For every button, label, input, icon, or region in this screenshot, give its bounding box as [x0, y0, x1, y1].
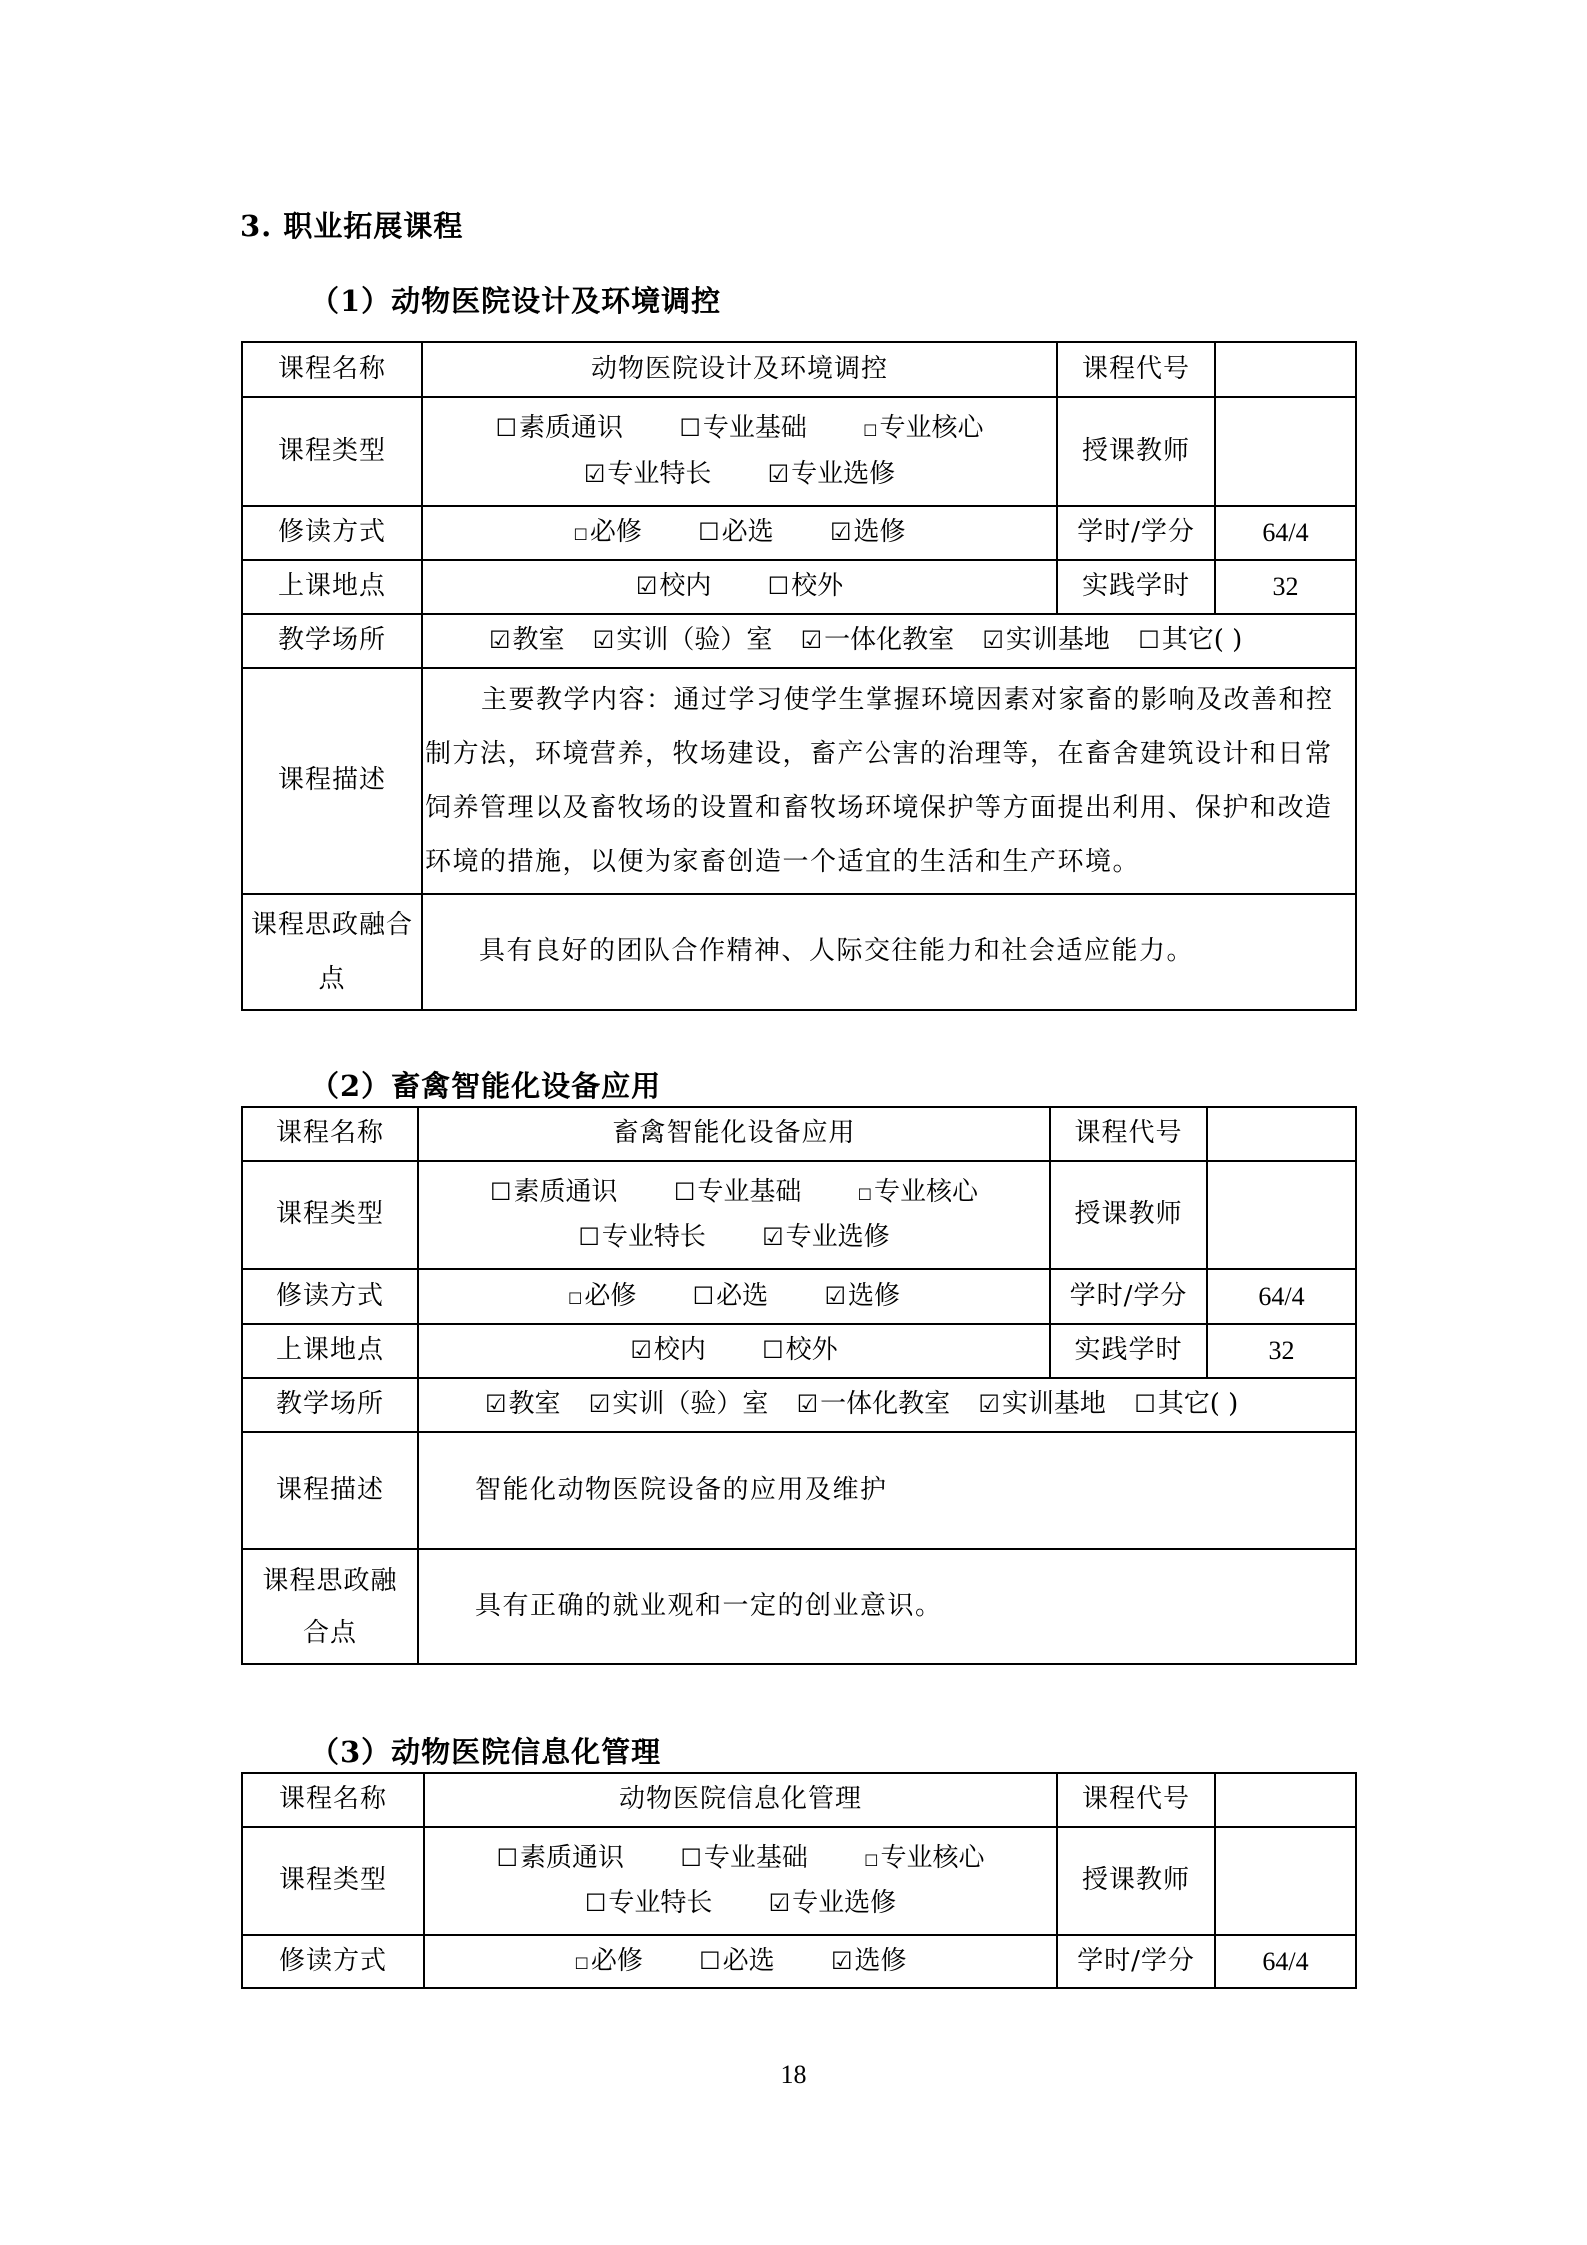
checkbox-option[interactable]: ☑实训（验）室 — [589, 1389, 769, 1420]
description-value: 主要教学内容：通过学习使学生掌握环境因素对家畜的影响及改善和控制方法，环境营养，… — [422, 668, 1356, 894]
checkbox-option[interactable]: ☑专业选修 — [769, 1888, 897, 1919]
study-mode-options: ☐必修 ☐必选 ☑选修 — [424, 1935, 1057, 1988]
checkbox-option[interactable]: ☑一体化教室 — [797, 1389, 951, 1420]
hours-credits-value: 64/4 — [1215, 1935, 1356, 1988]
page-number: 18 — [0, 2060, 1587, 2090]
checkbox-option[interactable]: ☑专业特长 — [584, 459, 712, 490]
label-ideology: 课程思政融合点 — [242, 894, 422, 1010]
location-options: ☑校内 ☐校外 — [422, 560, 1057, 614]
label-hours-credits: 学时/学分 — [1057, 506, 1215, 560]
checkbox-icon: ☑ — [589, 1390, 611, 1419]
label-course-type: 课程类型 — [242, 1827, 424, 1935]
checkbox-option[interactable]: ☐专业基础 — [674, 1177, 802, 1208]
label-practice-hours: 实践学时 — [1050, 1324, 1207, 1378]
venue-options: ☑教室 ☑实训（验）室 ☑一体化教室 ☑实训基地 ☐其它( ) — [418, 1378, 1356, 1432]
checkbox-icon: ☑ — [485, 1390, 507, 1419]
checkbox-icon: ☐ — [864, 1851, 878, 1870]
practice-hours-value: 32 — [1207, 1324, 1356, 1378]
course-type-options: ☐素质通识 ☐专业基础 ☐专业核心 ☐专业特长 ☑专业选修 — [418, 1161, 1050, 1269]
checkbox-option[interactable]: ☐专业特长 — [578, 1222, 706, 1253]
checkbox-option[interactable]: ☑专业选修 — [768, 459, 896, 490]
course-code-value — [1215, 342, 1356, 397]
venue-options: ☑教室 ☑实训（验）室 ☑一体化教室 ☑实训基地 ☐其它( ) — [422, 614, 1356, 668]
course-name-value: 畜禽智能化设备应用 — [418, 1107, 1050, 1161]
teacher-value — [1215, 1827, 1356, 1935]
checkbox-icon: ☐ — [858, 1185, 872, 1204]
checkbox-icon: ☑ — [830, 518, 852, 547]
checkbox-option[interactable]: ☐专业核心 — [858, 1177, 978, 1208]
label-study-mode: 修读方式 — [242, 1269, 418, 1324]
checkbox-option[interactable]: ☐必修 — [574, 517, 642, 548]
label-course-code: 课程代号 — [1050, 1107, 1207, 1161]
label-venue: 教学场所 — [242, 1378, 418, 1432]
checkbox-icon: ☑ — [831, 1947, 853, 1976]
checkbox-icon: ☑ — [593, 626, 615, 655]
checkbox-option[interactable]: ☑选修 — [824, 1281, 900, 1312]
checkbox-icon: ☑ — [801, 626, 823, 655]
checkbox-icon: ☑ — [769, 1889, 791, 1918]
course-heading: （3）动物医院信息化管理 — [310, 1730, 661, 1771]
label-location: 上课地点 — [242, 560, 422, 614]
teacher-value — [1215, 397, 1356, 506]
course-table: 课程名称 畜禽智能化设备应用 课程代号 课程类型 ☐素质通识 ☐专业基础 ☐专业… — [241, 1106, 1357, 1665]
label-study-mode: 修读方式 — [242, 506, 422, 560]
label-course-name: 课程名称 — [242, 1107, 418, 1161]
label-course-type: 课程类型 — [242, 397, 422, 506]
label-hours-credits: 学时/学分 — [1050, 1269, 1207, 1324]
checkbox-option[interactable]: ☐素质通识 — [496, 413, 624, 444]
checkbox-icon: ☑ — [636, 572, 658, 601]
hours-credits-value: 64/4 — [1207, 1269, 1356, 1324]
checkbox-option[interactable]: ☑实训基地 — [978, 1389, 1106, 1420]
course-code-value — [1215, 1773, 1356, 1827]
label-venue: 教学场所 — [242, 614, 422, 668]
study-mode-options: ☐必修 ☐必选 ☑选修 — [418, 1269, 1050, 1324]
study-mode-options: ☐必修 ☐必选 ☑选修 — [422, 506, 1057, 560]
checkbox-icon: ☐ — [699, 1947, 721, 1976]
ideology-value: 具有良好的团队合作精神、人际交往能力和社会适应能力。 — [422, 894, 1356, 1010]
checkbox-icon: ☐ — [1138, 626, 1160, 655]
checkbox-option[interactable]: ☑实训基地 — [982, 625, 1110, 656]
checkbox-option[interactable]: ☐必选 — [699, 1946, 775, 1977]
label-ideology: 课程思政融合点 — [242, 1549, 418, 1664]
checkbox-option[interactable]: ☐专业基础 — [679, 413, 807, 444]
checkbox-icon: ☐ — [680, 1844, 702, 1873]
checkbox-icon: ☑ — [762, 1223, 784, 1252]
checkbox-option[interactable]: ☐其它( ) — [1134, 1389, 1238, 1420]
checkbox-icon: ☐ — [762, 1336, 784, 1365]
checkbox-option[interactable]: ☐专业核心 — [864, 1843, 984, 1874]
label-course-type: 课程类型 — [242, 1161, 418, 1269]
course-name-value: 动物医院信息化管理 — [424, 1773, 1057, 1827]
course-table: 课程名称 动物医院信息化管理 课程代号 课程类型 ☐素质通识 ☐专业基础 ☐专业… — [241, 1772, 1357, 1989]
label-teacher: 授课教师 — [1057, 1827, 1215, 1935]
hours-credits-value: 64/4 — [1215, 506, 1356, 560]
label-course-name: 课程名称 — [242, 342, 422, 397]
teacher-value — [1207, 1161, 1356, 1269]
checkbox-icon: ☐ — [698, 518, 720, 547]
checkbox-icon: ☐ — [578, 1223, 600, 1252]
checkbox-option[interactable]: ☑校内 — [630, 1335, 706, 1366]
checkbox-option[interactable]: ☐其它( ) — [1138, 625, 1242, 656]
label-description: 课程描述 — [242, 668, 422, 894]
label-study-mode: 修读方式 — [242, 1935, 424, 1988]
label-practice-hours: 实践学时 — [1057, 560, 1215, 614]
checkbox-icon: ☐ — [490, 1178, 512, 1207]
checkbox-icon: ☑ — [489, 626, 511, 655]
checkbox-option[interactable]: ☑选修 — [830, 517, 906, 548]
course-code-value — [1207, 1107, 1356, 1161]
checkbox-option[interactable]: ☐校外 — [762, 1335, 838, 1366]
label-description: 课程描述 — [242, 1432, 418, 1549]
checkbox-option[interactable]: ☐必选 — [693, 1281, 769, 1312]
checkbox-icon: ☑ — [584, 460, 606, 489]
checkbox-icon: ☐ — [674, 1178, 696, 1207]
checkbox-icon: ☐ — [575, 1954, 589, 1973]
ideology-value: 具有正确的就业观和一定的创业意识。 — [418, 1549, 1356, 1664]
checkbox-icon: ☐ — [568, 1289, 582, 1308]
checkbox-option[interactable]: ☑选修 — [831, 1946, 907, 1977]
label-course-name: 课程名称 — [242, 1773, 424, 1827]
description-value: 智能化动物医院设备的应用及维护 — [418, 1432, 1356, 1549]
location-options: ☑校内 ☐校外 — [418, 1324, 1050, 1378]
course-name-value: 动物医院设计及环境调控 — [422, 342, 1057, 397]
checkbox-icon: ☐ — [496, 414, 518, 443]
checkbox-icon: ☐ — [1134, 1390, 1156, 1419]
checkbox-icon: ☐ — [768, 572, 790, 601]
checkbox-icon: ☑ — [768, 460, 790, 489]
checkbox-option[interactable]: ☑一体化教室 — [801, 625, 955, 656]
checkbox-option[interactable]: ☐必修 — [568, 1281, 636, 1312]
checkbox-icon: ☐ — [679, 414, 701, 443]
checkbox-option[interactable]: ☑教室 — [489, 625, 565, 656]
checkbox-option[interactable]: ☑教室 — [485, 1389, 561, 1420]
checkbox-option[interactable]: ☑校内 — [636, 571, 712, 602]
checkbox-icon: ☑ — [797, 1390, 819, 1419]
checkbox-option[interactable]: ☐必选 — [698, 517, 774, 548]
label-course-code: 课程代号 — [1057, 1773, 1215, 1827]
course-type-options: ☐素质通识 ☐专业基础 ☐专业核心 ☑专业特长 ☑专业选修 — [422, 397, 1057, 506]
label-teacher: 授课教师 — [1050, 1161, 1207, 1269]
label-course-code: 课程代号 — [1057, 342, 1215, 397]
practice-hours-value: 32 — [1215, 560, 1356, 614]
checkbox-icon: ☐ — [693, 1282, 715, 1311]
checkbox-option[interactable]: ☐素质通识 — [490, 1177, 618, 1208]
checkbox-option[interactable]: ☑专业选修 — [762, 1222, 890, 1253]
checkbox-icon: ☐ — [574, 525, 588, 544]
course-table: 课程名称 动物医院设计及环境调控 课程代号 课程类型 ☐素质通识 ☐专业基础 ☐… — [241, 341, 1357, 1011]
course-heading: （2）畜禽智能化设备应用 — [310, 1064, 661, 1105]
checkbox-option[interactable]: ☐专业基础 — [680, 1843, 808, 1874]
checkbox-option[interactable]: ☑实训（验）室 — [593, 625, 773, 656]
checkbox-option[interactable]: ☐素质通识 — [497, 1843, 625, 1874]
checkbox-option[interactable]: ☐专业特长 — [585, 1888, 713, 1919]
course-type-options: ☐素质通识 ☐专业基础 ☐专业核心 ☐专业特长 ☑专业选修 — [424, 1827, 1057, 1935]
checkbox-icon: ☐ — [585, 1889, 607, 1918]
course-heading: （1）动物医院设计及环境调控 — [310, 279, 721, 320]
section-title: 3. 职业拓展课程 — [240, 204, 463, 245]
label-hours-credits: 学时/学分 — [1057, 1935, 1215, 1988]
checkbox-icon: ☐ — [497, 1844, 519, 1873]
label-location: 上课地点 — [242, 1324, 418, 1378]
checkbox-option[interactable]: ☐专业核心 — [863, 413, 983, 444]
checkbox-icon: ☑ — [630, 1336, 652, 1365]
label-teacher: 授课教师 — [1057, 397, 1215, 506]
checkbox-icon: ☐ — [863, 421, 877, 440]
checkbox-icon: ☑ — [824, 1282, 846, 1311]
checkbox-icon: ☑ — [978, 1390, 1000, 1419]
checkbox-option[interactable]: ☐必修 — [575, 1946, 643, 1977]
checkbox-option[interactable]: ☐校外 — [768, 571, 844, 602]
checkbox-icon: ☑ — [982, 626, 1004, 655]
